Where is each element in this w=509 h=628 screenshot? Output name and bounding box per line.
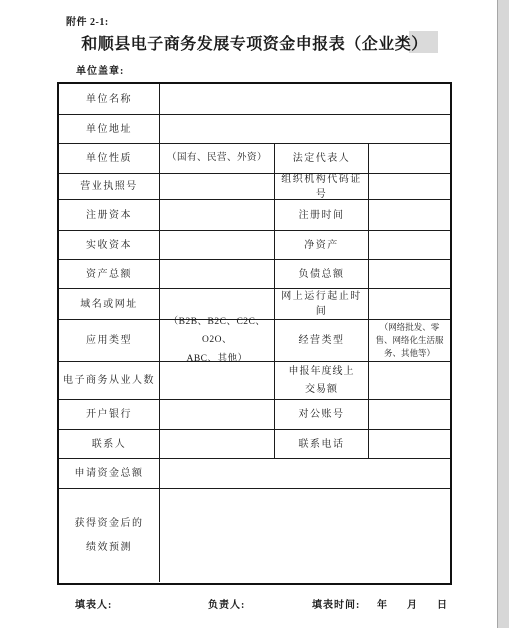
field-label: 注册资本 [59,200,160,231]
field-label: 营业执照号 [59,174,160,200]
table-row: 单位地址 [59,115,450,144]
field-label: 电子商务从业人数 [59,362,160,400]
field-value-cell[interactable] [369,362,450,400]
month-label: 月 [407,596,418,611]
field-label: 单位名称 [59,84,160,115]
field-value-cell[interactable] [369,430,450,459]
table-row: 联系人联系电话 [59,430,450,459]
table-row: 单位性质（国有、民营、外资）法定代表人 [59,144,450,174]
field-value-cell[interactable] [160,231,275,260]
field-value-cell[interactable]: （B2B、B2C、C2C、O2O、 ABC、其他） [160,320,275,362]
table-row: 单位名称 [59,84,450,115]
seal-label: 单位盖章: [76,62,124,77]
field-value-cell[interactable] [369,400,450,430]
field-value-cell[interactable] [369,174,450,200]
field-label: 组织机构代码证号 [275,174,369,200]
day-label: 日 [437,596,448,611]
field-label: 单位地址 [59,115,160,144]
table-row: 资产总额负债总额 [59,260,450,289]
page-title: 和顺县电子商务发展专项资金申报表（企业类） [57,31,452,54]
field-label: 域名或网址 [59,289,160,320]
field-value-cell[interactable] [369,144,450,174]
application-form-table: 单位名称单位地址单位性质（国有、民营、外资）法定代表人营业执照号组织机构代码证号… [57,82,452,585]
table-row: 注册资本注册时间 [59,200,450,231]
field-label: 经营类型 [275,320,369,362]
field-label: 实收资本 [59,231,160,260]
table-row: 申请资金总额 [59,459,450,489]
table-row: 电子商务从业人数申报年度线上 交易额 [59,362,450,400]
field-value-cell[interactable] [369,231,450,260]
field-label: 法定代表人 [275,144,369,174]
responsible-person-label: 负责人: [208,596,245,611]
field-value-cell[interactable]: （网络批发、零 售、网络化生活服 务、其他等） [369,320,450,362]
field-label: 对公账号 [275,400,369,430]
field-value-cell[interactable] [160,459,450,489]
field-label: 应用类型 [59,320,160,362]
form-filler-label: 填表人: [75,596,112,611]
table-row: 实收资本净资产 [59,231,450,260]
field-value-cell[interactable] [160,174,275,200]
field-label: 资产总额 [59,260,160,289]
field-value-cell[interactable] [160,84,450,115]
field-label: 网上运行起止时间 [275,289,369,320]
field-label: 净资产 [275,231,369,260]
field-value-cell[interactable] [160,260,275,289]
field-label: 申报年度线上 交易额 [275,362,369,400]
field-value-cell[interactable] [160,115,450,144]
field-label: 开户银行 [59,400,160,430]
field-label: 联系人 [59,430,160,459]
field-label: 负债总额 [275,260,369,289]
table-row: 营业执照号组织机构代码证号 [59,174,450,200]
field-value-cell[interactable] [369,289,450,320]
field-value-cell[interactable] [160,200,275,231]
attachment-label: 附件 2-1: [66,13,109,28]
field-value-cell[interactable] [160,489,450,582]
table-row: 获得资金后的 绩效预测 [59,489,450,582]
field-label: 注册时间 [275,200,369,231]
field-label: 申请资金总额 [59,459,160,489]
field-value-cell[interactable]: （国有、民营、外资） [160,144,275,174]
field-value-cell[interactable] [369,260,450,289]
field-value-cell[interactable] [369,200,450,231]
field-value-cell[interactable] [160,400,275,430]
fill-date-label: 填表时间: [312,596,360,611]
field-label: 联系电话 [275,430,369,459]
scan-edge-strip [497,0,509,628]
field-label: 单位性质 [59,144,160,174]
field-value-cell[interactable] [160,430,275,459]
year-label: 年 [377,596,388,611]
scanned-form-page: 附件 2-1: 和顺县电子商务发展专项资金申报表（企业类） 单位盖章: 单位名称… [0,0,509,628]
field-label: 获得资金后的 绩效预测 [59,489,160,582]
field-value-cell[interactable] [160,362,275,400]
table-row: 应用类型（B2B、B2C、C2C、O2O、 ABC、其他）经营类型（网络批发、零… [59,320,450,362]
table-row: 开户银行对公账号 [59,400,450,430]
